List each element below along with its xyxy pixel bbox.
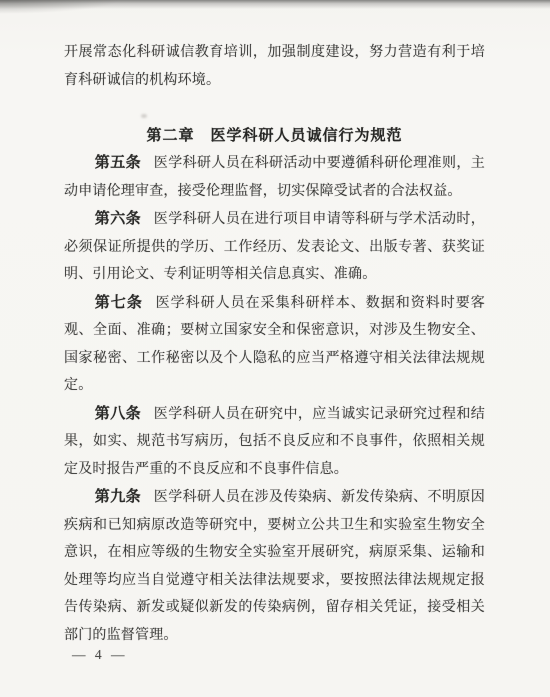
article-paragraph-9: 第九条医学科研人员在涉及传染病、新发传染病、不明原因疾病和已知病原改造等研究中，…	[64, 483, 485, 649]
article-paragraph-5: 第五条医学科研人员在科研活动中要遵循科研伦理准则，主动申请伦理审查，接受伦理监督…	[64, 149, 485, 205]
document-body: 开展常态化科研诚信教育培训，加强制度建设，努力营造有利于培育科研诚信的机构环境。…	[64, 39, 485, 649]
article-paragraph-8: 第八条医学科研人员在研究中，应当诚实记录研究过程和结果，如实、规范书写病历，包括…	[64, 400, 485, 484]
article-text-9: 医学科研人员在涉及传染病、新发传染病、不明原因疾病和已知病原改造等研究中，要树立…	[64, 490, 485, 643]
article-label-8: 第八条	[95, 405, 141, 422]
chapter-heading: 第二章 医学科研人员诚信行为规范	[64, 122, 485, 150]
article-label-7: 第七条	[95, 294, 143, 311]
article-label-5: 第五条	[95, 154, 141, 171]
article-label-6: 第六条	[95, 210, 141, 227]
scan-edge-shadow	[0, 0, 550, 9]
article-paragraph-7: 第七条医学科研人员在采集科研样本、数据和资料时要客观、全面、准确；要树立国家安全…	[64, 289, 485, 400]
paragraph-continuation: 开展常态化科研诚信教育培训，加强制度建设，努力营造有利于培育科研诚信的机构环境。	[64, 39, 485, 94]
article-label-9: 第九条	[95, 488, 141, 505]
page-number: — 4 —	[72, 645, 128, 665]
scanned-document-page: 开展常态化科研诚信教育培训，加强制度建设，努力营造有利于培育科研诚信的机构环境。…	[0, 0, 550, 697]
scan-corner-shadow	[0, 0, 120, 14]
article-paragraph-6: 第六条医学科研人员在进行项目申请等科研与学术活动时，必须保证所提供的学历、工作经…	[64, 205, 485, 289]
